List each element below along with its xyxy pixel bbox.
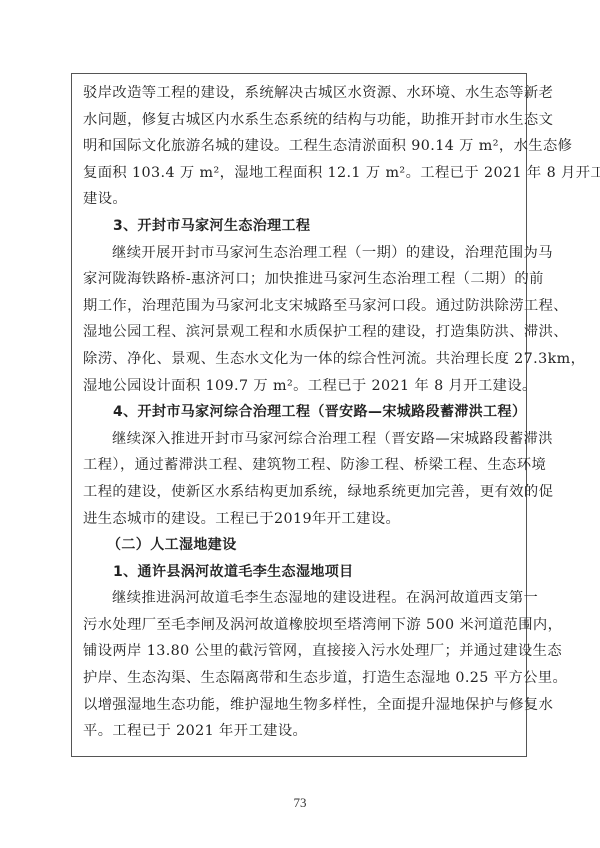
section-4: 4、开封市马家河综合治理工程（晋安路—宋城路段蓄滞洪工程） 继续深入推进开封市马… [83, 399, 519, 532]
document-body: 驳岸改造等工程的建设，系统解决古城区水资源、水环境、水生态等新老 水问题，修复古… [83, 80, 519, 745]
paragraph-line: 工程），通过蓄滞洪工程、建筑物工程、防渗工程、桥梁工程、生态环境 [83, 452, 519, 479]
paragraph-line: 湿地公园工程、滨河景观工程和水质保护工程的建设，打造集防洪、滞洪、 [83, 319, 519, 346]
paragraph-line: 污水处理厂至毛李闸及涡河故道橡胶坝至塔湾闸下游 500 米河道范围内， [83, 612, 519, 639]
part-heading: （二）人工湿地建设 [83, 532, 519, 559]
paragraph-line: 护岸、生态沟渠、生态隔离带和生态步道，打造生态湿地 0.25 平方公里。 [83, 665, 519, 692]
paragraph-line: 继续开展开封市马家河生态治理工程（一期）的建设，治理范围为马 [83, 240, 519, 267]
paragraph-line: 除涝、净化、景观、生态水文化为一体的综合性河流。共治理长度 27.3km， [83, 346, 519, 373]
paragraph-line: 期工作，治理范围为马家河北支宋城路至马家河口段。通过防洪除涝工程、 [83, 293, 519, 320]
paragraph-line: 建设。 [83, 186, 519, 213]
section-heading: 3、开封市马家河生态治理工程 [83, 213, 519, 240]
continued-paragraph: 驳岸改造等工程的建设，系统解决古城区水资源、水环境、水生态等新老 水问题，修复古… [83, 80, 519, 213]
paragraph-line: 明和国际文化旅游名城的建设。工程生态清淤面积 90.14 万 m²，水生态修 [83, 133, 519, 160]
section-heading: 1、通许县涡河故道毛李生态湿地项目 [83, 559, 519, 586]
subsection-1: 1、通许县涡河故道毛李生态湿地项目 继续推进涡河故道毛李生态湿地的建设进程。在涡… [83, 559, 519, 745]
paragraph-line: 继续深入推进开封市马家河综合治理工程（晋安路—宋城路段蓄滞洪 [83, 426, 519, 453]
paragraph-line: 进生态城市的建设。工程已于2019年开工建设。 [83, 506, 519, 533]
paragraph-line: 工程的建设，使新区水系结构更加系统，绿地系统更加完善，更有效的促 [83, 479, 519, 506]
paragraph-line: 水问题，修复古城区内水系生态系统的结构与功能，助推开封市水生态文 [83, 107, 519, 134]
part-2: （二）人工湿地建设 [83, 532, 519, 559]
paragraph-line: 家河陇海铁路桥-惠济河口；加快推进马家河生态治理工程（二期）的前 [83, 266, 519, 293]
paragraph-line: 复面积 103.4 万 m²，湿地工程面积 12.1 万 m²。工程已于 202… [83, 160, 519, 187]
paragraph-line: 湿地公园设计面积 109.7 万 m²。工程已于 2021 年 8 月开工建设。 [83, 373, 519, 400]
page-number: 73 [0, 795, 600, 811]
section-3: 3、开封市马家河生态治理工程 继续开展开封市马家河生态治理工程（一期）的建设，治… [83, 213, 519, 399]
paragraph-line: 平。工程已于 2021 年开工建设。 [83, 718, 519, 745]
paragraph-line: 驳岸改造等工程的建设，系统解决古城区水资源、水环境、水生态等新老 [83, 80, 519, 107]
paragraph-line: 以增强湿地生态功能，维护湿地生物多样性，全面提升湿地保护与修复水 [83, 692, 519, 719]
paragraph-line: 铺设两岸 13.80 公里的截污管网，直接接入污水处理厂；并通过建设生态 [83, 638, 519, 665]
paragraph-line: 继续推进涡河故道毛李生态湿地的建设进程。在涡河故道西支第一 [83, 585, 519, 612]
section-heading: 4、开封市马家河综合治理工程（晋安路—宋城路段蓄滞洪工程） [83, 399, 519, 426]
